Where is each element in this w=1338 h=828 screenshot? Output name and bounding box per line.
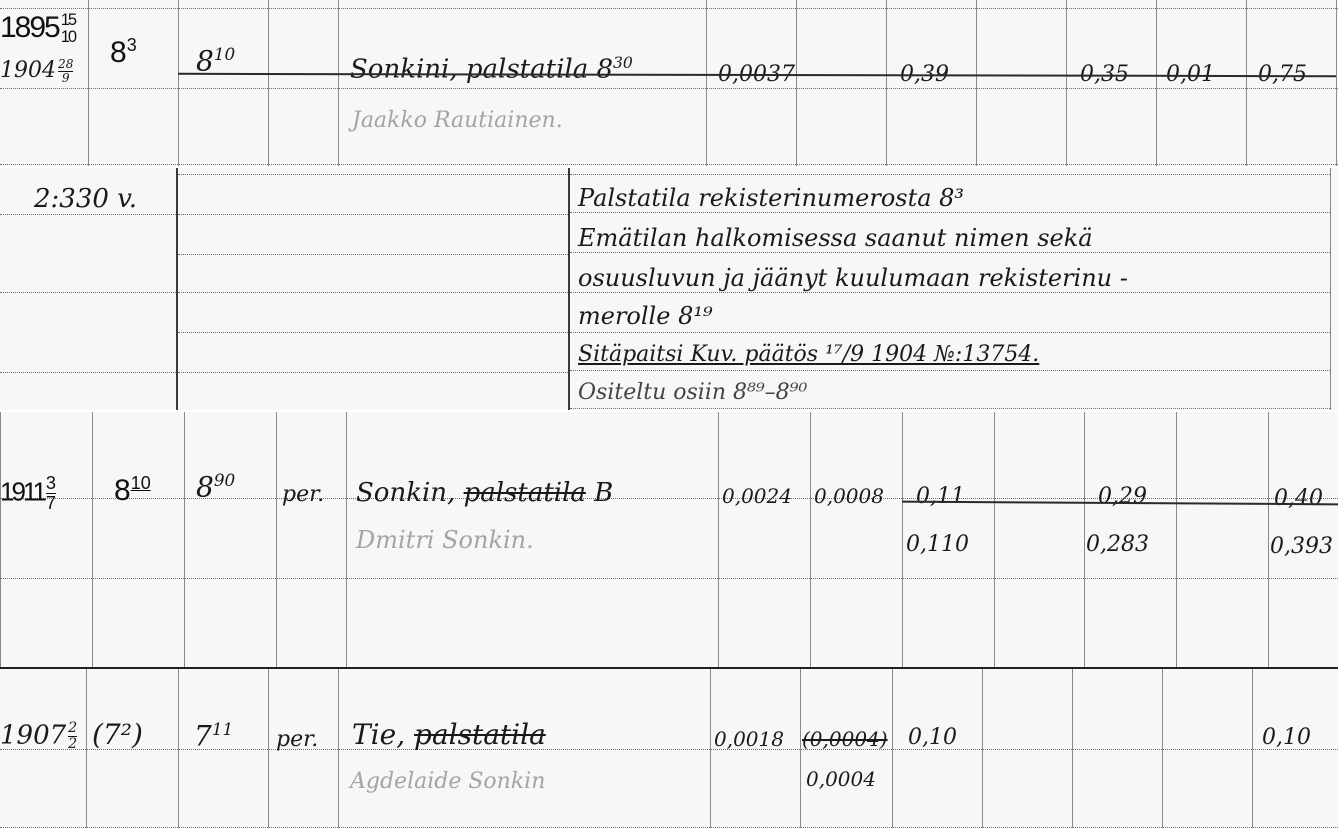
dotted-rule [0,88,1338,89]
dotted-rule [178,254,568,255]
value-total: 0,10 [1262,727,1311,749]
new-register-number: 890 [196,472,235,501]
dotted-rule [570,212,1330,213]
column-rule [268,0,269,166]
dotted-rule [570,370,1330,371]
register-number: 810 [114,474,151,506]
value-struck: 0,40 [1274,488,1323,510]
column-rule [1336,0,1337,166]
column-rule [718,412,719,668]
column-rule [1268,412,1269,668]
column-rule [902,412,903,668]
dotted-rule [570,252,1330,253]
per-label: per. [276,729,318,751]
dotted-rule [0,292,176,293]
column-rule [810,412,811,668]
column-rule [184,412,185,668]
dotted-rule [0,372,176,373]
owner-name: Jaakko Rautiainen. [352,110,563,132]
value-struck: 0,29 [1098,486,1147,508]
column-rule [1330,168,1331,410]
column-rule [1066,0,1067,166]
share-value: 0,0008 [814,486,884,506]
entry-date: 18951510 [0,12,75,47]
value-cell: 0,10 [908,727,957,749]
property-name: Tie, palstatila [352,721,546,749]
dotted-rule [0,214,176,215]
share-value: 0,0024 [722,486,792,506]
column-rule [346,412,347,668]
note-line: osuusluvun ja jäänyt kuulumaan rekisteri… [578,266,1128,290]
column-rule [1156,0,1157,166]
column-rule [88,0,89,166]
dotted-rule [570,174,1330,175]
date-fraction: 22 [68,721,77,752]
note-line: Sitäpaitsi Kuv. päätös ¹⁷/9 1904 №:13754… [578,344,1039,366]
dotted-rule [178,332,568,333]
dotted-rule [570,292,1330,293]
column-rule [178,0,179,166]
property-name: Sonkin, palstatila B [356,480,613,506]
column-rule [276,412,277,668]
new-register-number: 711 [194,721,233,750]
entry-date: 190722 [0,721,77,752]
column-rule [338,0,339,166]
entry-1907-strip: 190722 (7²) 711 per. Tie, palstatila Agd… [0,669,1338,828]
share-value-struck: (0,0004) [802,729,888,749]
date-year: 1895 [0,11,59,44]
column-rule [0,412,1,668]
column-rule [796,0,797,166]
value-struck: 0,11 [916,486,965,508]
page-reference: 2:330 v. [34,186,137,212]
register-number: (7²) [92,721,143,749]
dotted-rule [0,164,1338,165]
value-corrected: 0,283 [1086,534,1149,556]
column-rule [886,0,887,166]
column-rule [1084,412,1085,668]
column-rule [1176,412,1177,668]
dotted-rule [0,8,1338,9]
column-rule [1246,0,1247,166]
notes-strip: 2:330 v. Palstatila rekisterinumerosta 8… [0,168,1338,410]
dotted-rule [570,332,1330,333]
entry-1895-strip: 18951510 1904289 83 810 Sonkini, palstat… [0,0,1338,166]
column-rule [92,412,93,668]
new-register-number: 810 [196,46,235,75]
dotted-rule [178,292,568,293]
column-rule [976,0,977,166]
property-name: Sonkini, palstatila 830 [350,56,633,83]
owner-name: Dmitri Sonkin. [356,528,534,552]
per-label: per. [282,484,324,506]
entry-date: 191137 [0,474,56,513]
date-fraction: 37 [46,474,56,513]
column-rule [568,168,570,410]
date-fraction: 1510 [61,12,75,47]
entry-1911-strip: 191137 810 890 per. Sonkin, palstatila B… [0,412,1338,668]
entry-date-second: 1904289 [0,58,73,84]
value-corrected: 0,393 [1270,536,1333,558]
column-rule [994,412,995,668]
column-rule [176,168,178,410]
dotted-rule [178,174,568,175]
owner-name: Agdelaide Sonkin [350,771,545,793]
dotted-rule [0,578,1338,579]
value-corrected: 0,110 [906,534,969,556]
dotted-rule [178,372,568,373]
dotted-rule [570,408,1330,409]
note-line: Emätilan halkomisessa saanut nimen sekä [578,226,1093,250]
share-value-corrected: 0,0004 [806,769,876,789]
note-line: Palstatila rekisterinumerosta 8³ [578,186,964,210]
column-rule [706,0,707,166]
share-value: 0,0018 [714,729,784,749]
register-number: 83 [110,36,137,68]
note-line: merolle 8¹⁹ [578,304,713,328]
note-line: Ositeltu osiin 8⁸⁹–8⁹⁰ [578,382,807,404]
dotted-rule [178,214,568,215]
